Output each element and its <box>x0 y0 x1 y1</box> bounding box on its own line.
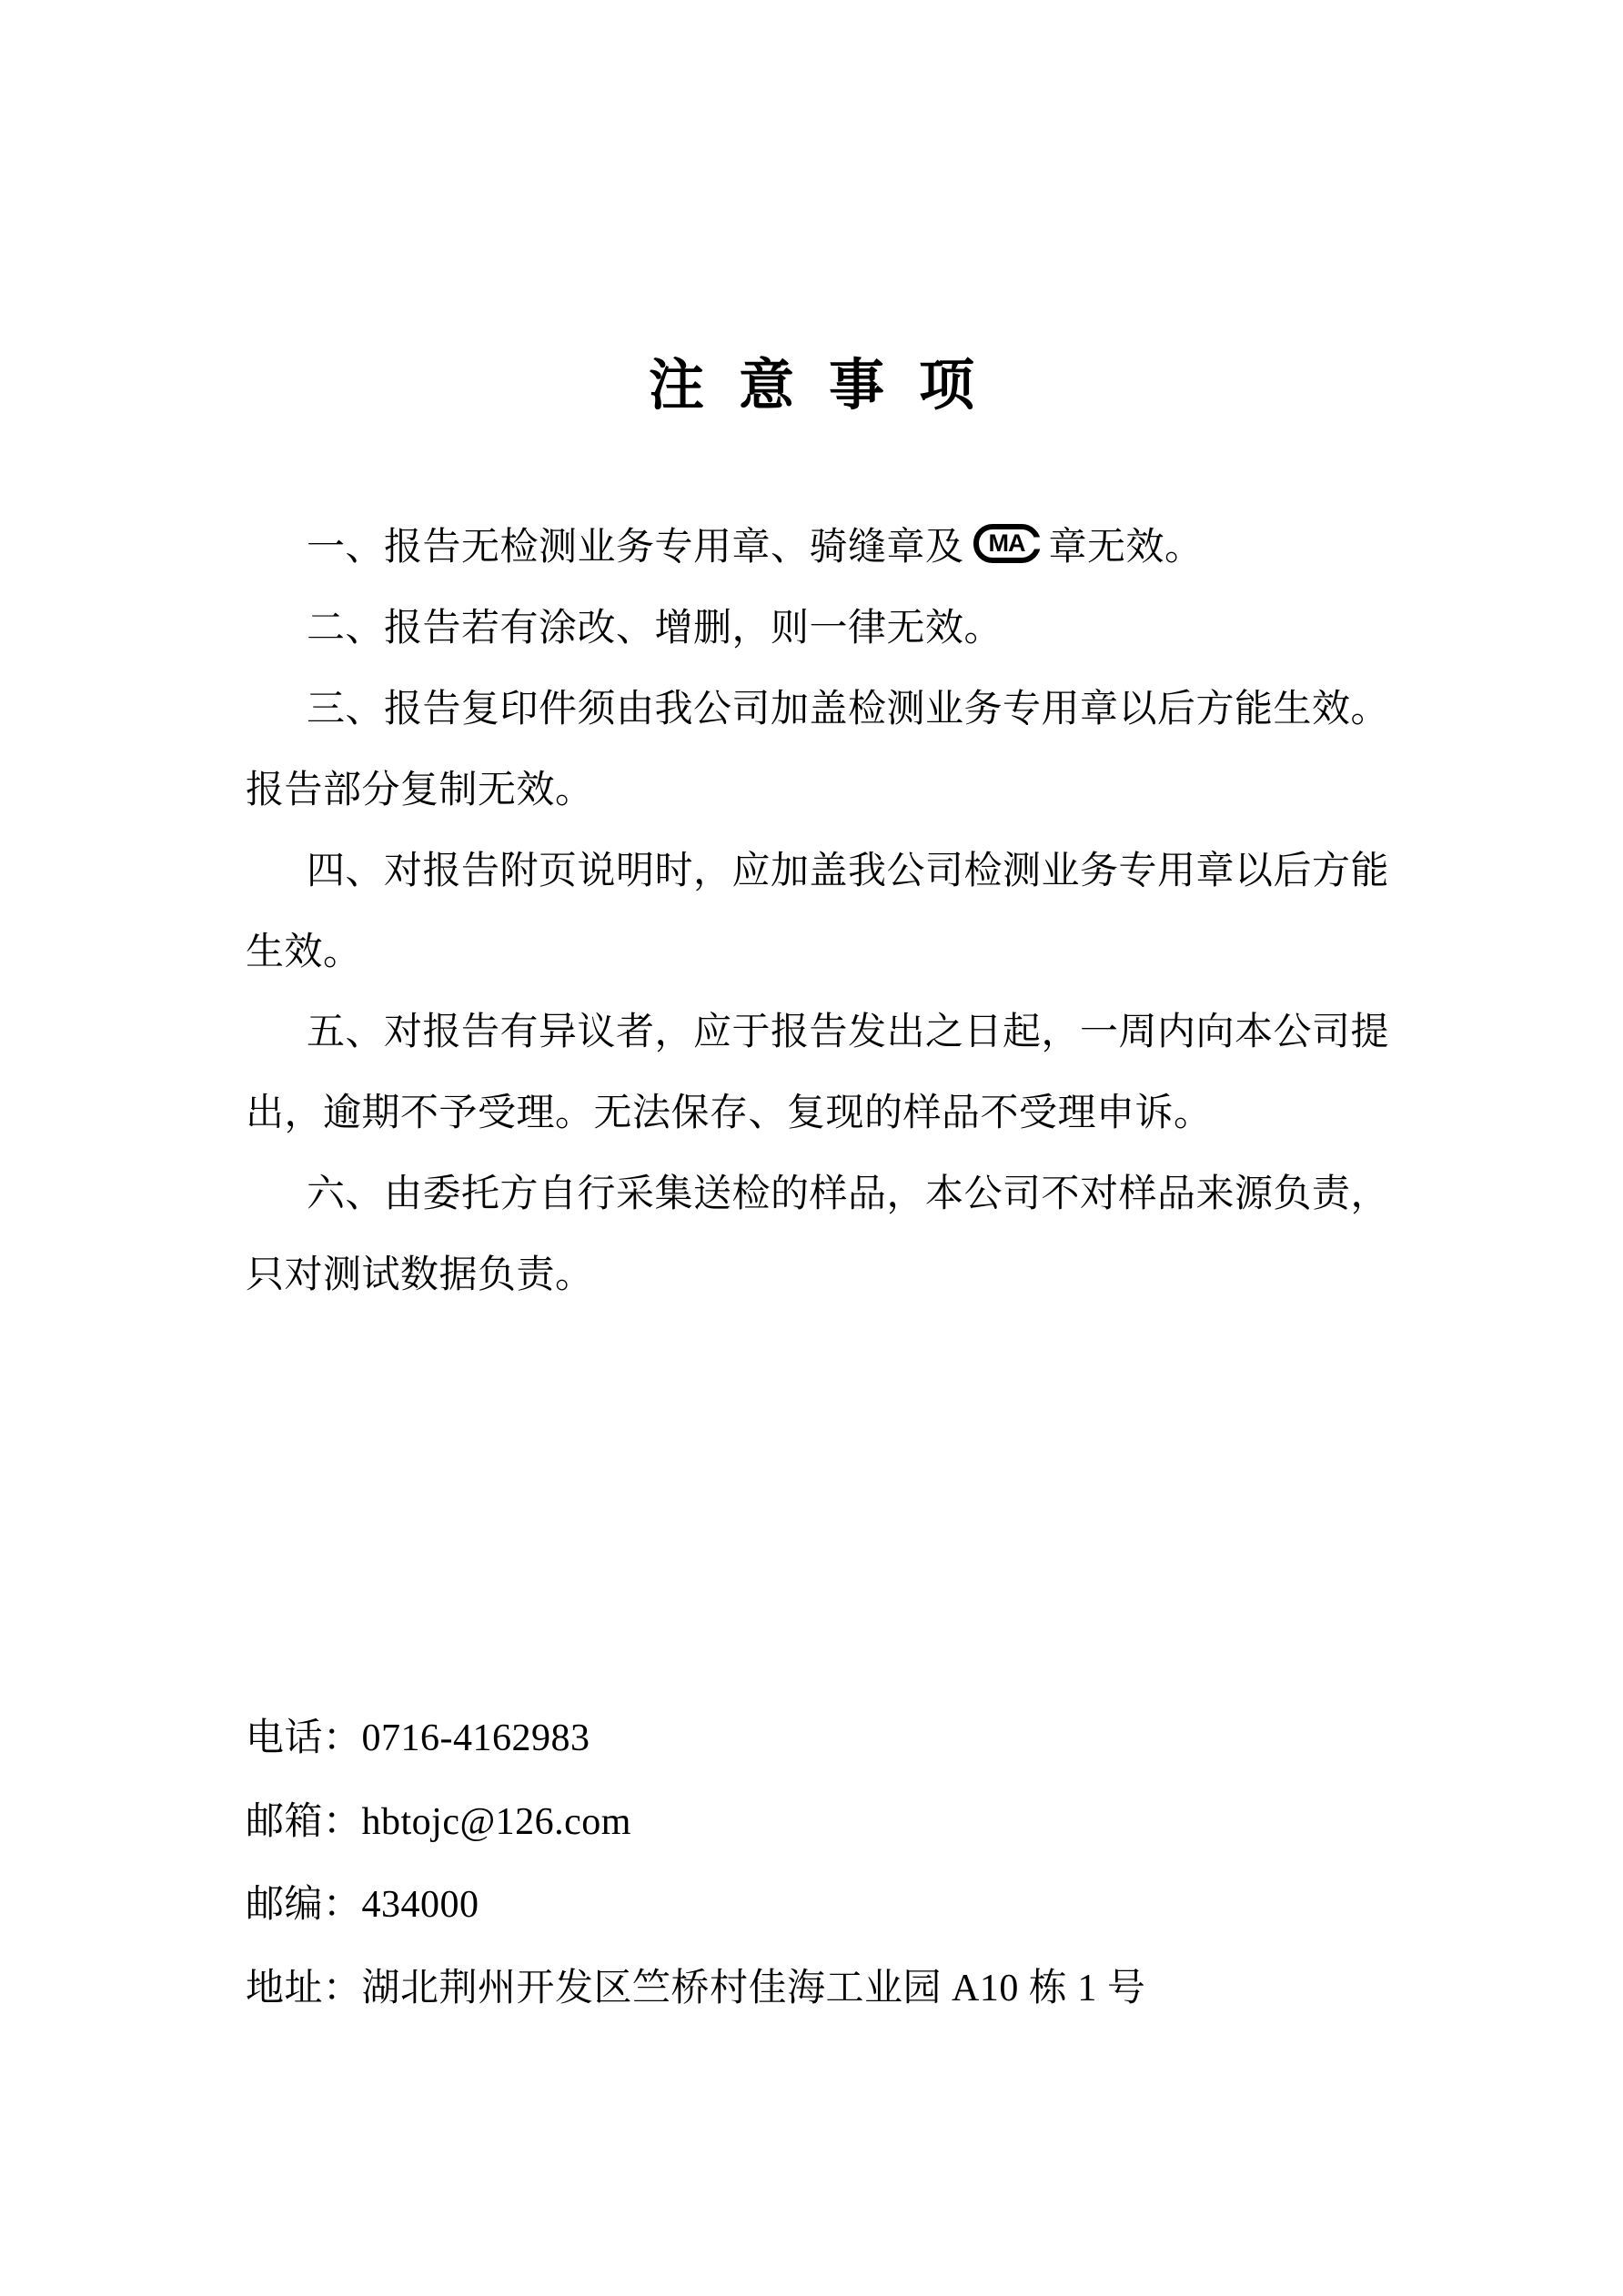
notices-section: 一、报告无检测业务专用章、骑缝章及MA章无效。 二、报告若有涂改、增删，则一律无… <box>246 508 1385 1316</box>
notice-item-1: 一、报告无检测业务专用章、骑缝章及MA章无效。 <box>246 508 1385 589</box>
contact-phone: 电话：0716-4162983 <box>246 1697 1145 1781</box>
notice-1-text-before-logo: 一、报告无检测业务专用章、骑缝章及 <box>307 527 964 569</box>
notice-item-3-line-1: 三、报告复印件须由我公司加盖检测业务专用章以后方能生效。 <box>246 670 1385 750</box>
contact-email: 邮箱：hbtojc@126.com <box>246 1781 1145 1865</box>
notice-item-3-line-2: 报告部分复制无效。 <box>246 750 1385 831</box>
notice-item-2: 二、报告若有涂改、增删，则一律无效。 <box>246 589 1385 670</box>
cma-letters: MA <box>979 529 1035 558</box>
notice-item-4-line-1: 四、对报告附页说明时，应加盖我公司检测业务专用章以后方能 <box>246 831 1385 912</box>
notice-1-text-after-logo: 章无效。 <box>1049 527 1204 569</box>
notice-item-6-line-1: 六、由委托方自行采集送检的样品，本公司不对样品来源负责， <box>246 1154 1385 1235</box>
page-title: 注意事项 <box>0 351 1623 418</box>
contact-address: 地址：湖北荆州开发区竺桥村佳海工业园 A10 栋 1 号 <box>246 1948 1145 2031</box>
contact-postcode: 邮编：434000 <box>246 1864 1145 1948</box>
notice-item-4-line-2: 生效。 <box>246 912 1385 993</box>
contact-section: 电话：0716-4162983 邮箱：hbtojc@126.com 邮编：434… <box>246 1697 1145 2030</box>
notice-item-6-line-2: 只对测试数据负责。 <box>246 1235 1385 1316</box>
notice-item-5-line-1: 五、对报告有异议者，应于报告发出之日起，一周内向本公司提 <box>246 992 1385 1073</box>
notice-item-5-line-2: 出，逾期不予受理。无法保存、复现的样品不受理申诉。 <box>246 1073 1385 1154</box>
cma-certification-icon: MA <box>973 524 1041 563</box>
